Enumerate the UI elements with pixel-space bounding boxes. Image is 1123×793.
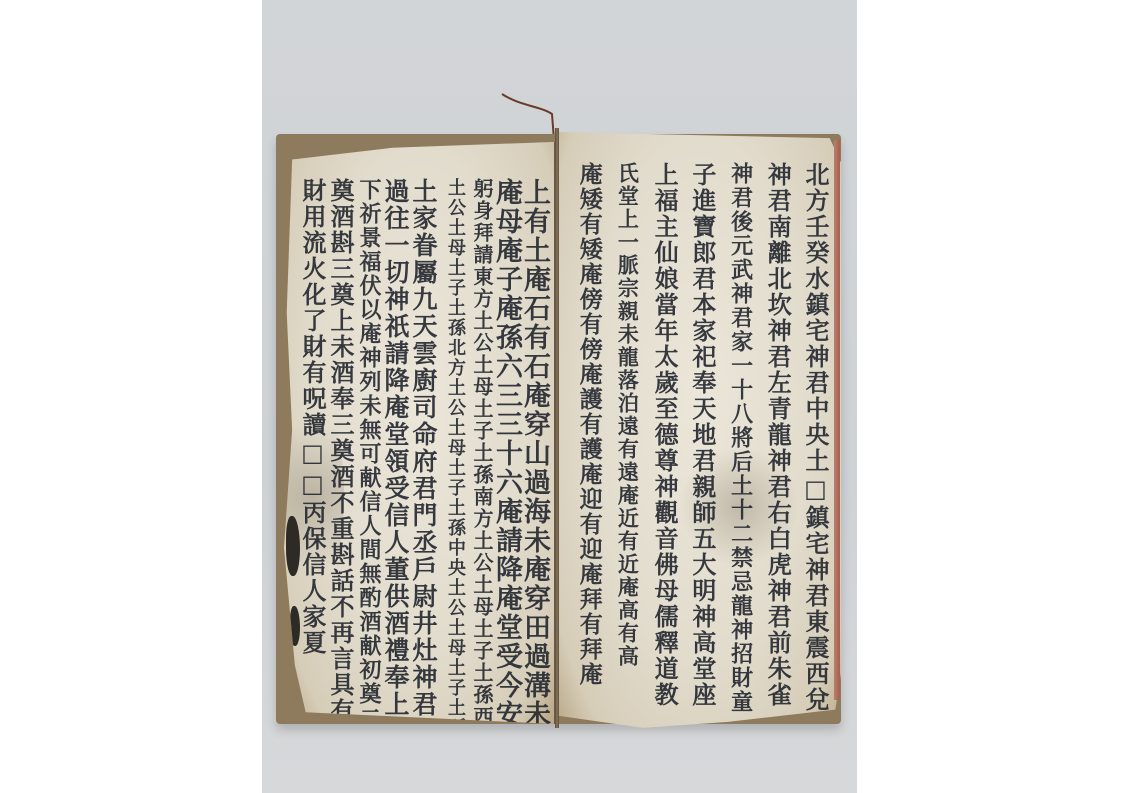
text-column: 土家眷屬九天雲廚司命府君門丞戶尉井灶神君虛空: [408, 178, 436, 724]
text-column: 上福主仙娘當年太歲至德尊神觀音佛母儒釋道教: [638, 162, 676, 734]
binding-edge: [834, 140, 840, 700]
text-column: 上有土庵石有石庵穿山過海未庵穿田過溝未庵三八: [520, 178, 548, 724]
text-column: 躬身拜請東方土公土母土子土孫南方土公土母土子土孫西方: [464, 178, 492, 724]
text-column: 北方壬癸水鎮宅神君中央土□鎮宅神君東震西兌: [789, 162, 827, 734]
text-column: 下祈景福伏以庵神列未無可献信人間無酌酒献初奠二: [352, 178, 380, 724]
text-column: 庵矮有矮庵傍有傍庵護有護庵迎有迎庵拜有拜庵: [563, 162, 601, 734]
right-page-columns: 北方壬癸水鎮宅神君中央土□鎮宅神君東震西兌 神君南離北坎神君左青龍神君右白虎神君…: [563, 162, 827, 734]
text-column: 庵母庵子庵孫六三三十六庵請降庵堂受今安謝再運: [492, 178, 520, 724]
text-column: 子進寶郎君本家祀奉天地君親師五大明神高堂座: [676, 162, 714, 734]
left-page: 上有土庵石有石庵穿山過海未庵穿田過溝未庵三八 庵母庵子庵孫六三三十六庵請降庵堂受…: [284, 136, 555, 724]
text-column: 財用流火化了財有呪讀□□丙保信人家夏: [296, 178, 324, 724]
manuscript-photo: 上有土庵石有石庵穿山過海未庵穿田過溝未庵三八 庵母庵子庵孫六三三十六庵請降庵堂受…: [262, 0, 857, 793]
text-column: 神君後元武神君家一十八將后土十二禁忌龍神招財童: [714, 162, 752, 734]
right-page: 北方壬癸水鎮宅神君中央土□鎮宅神君東震西兌 神君南離北坎神君左青龍神君右白虎神君…: [558, 126, 841, 734]
text-column: 奠酒斟三奠上未酒奉三奠酒不重斟話不再言具有: [324, 178, 352, 724]
text-column: 過往一切神祇請降庵堂領受信人董供酒禮奉上神思: [380, 178, 408, 724]
text-column: 土公土母土子土孫北方土公土母土子土孫中央土公土母土子土孫: [436, 178, 464, 724]
text-column: 氏堂上一脈宗親未龍落泊遠有遠庵近有近庵高有高: [601, 162, 639, 734]
text-column: 神君南離北坎神君左青龍神君右白虎神君前朱雀: [752, 162, 790, 734]
left-page-columns: 上有土庵石有石庵穿山過海未庵穿田過溝未庵三八 庵母庵子庵孫六三三十六庵請降庵堂受…: [296, 178, 548, 724]
